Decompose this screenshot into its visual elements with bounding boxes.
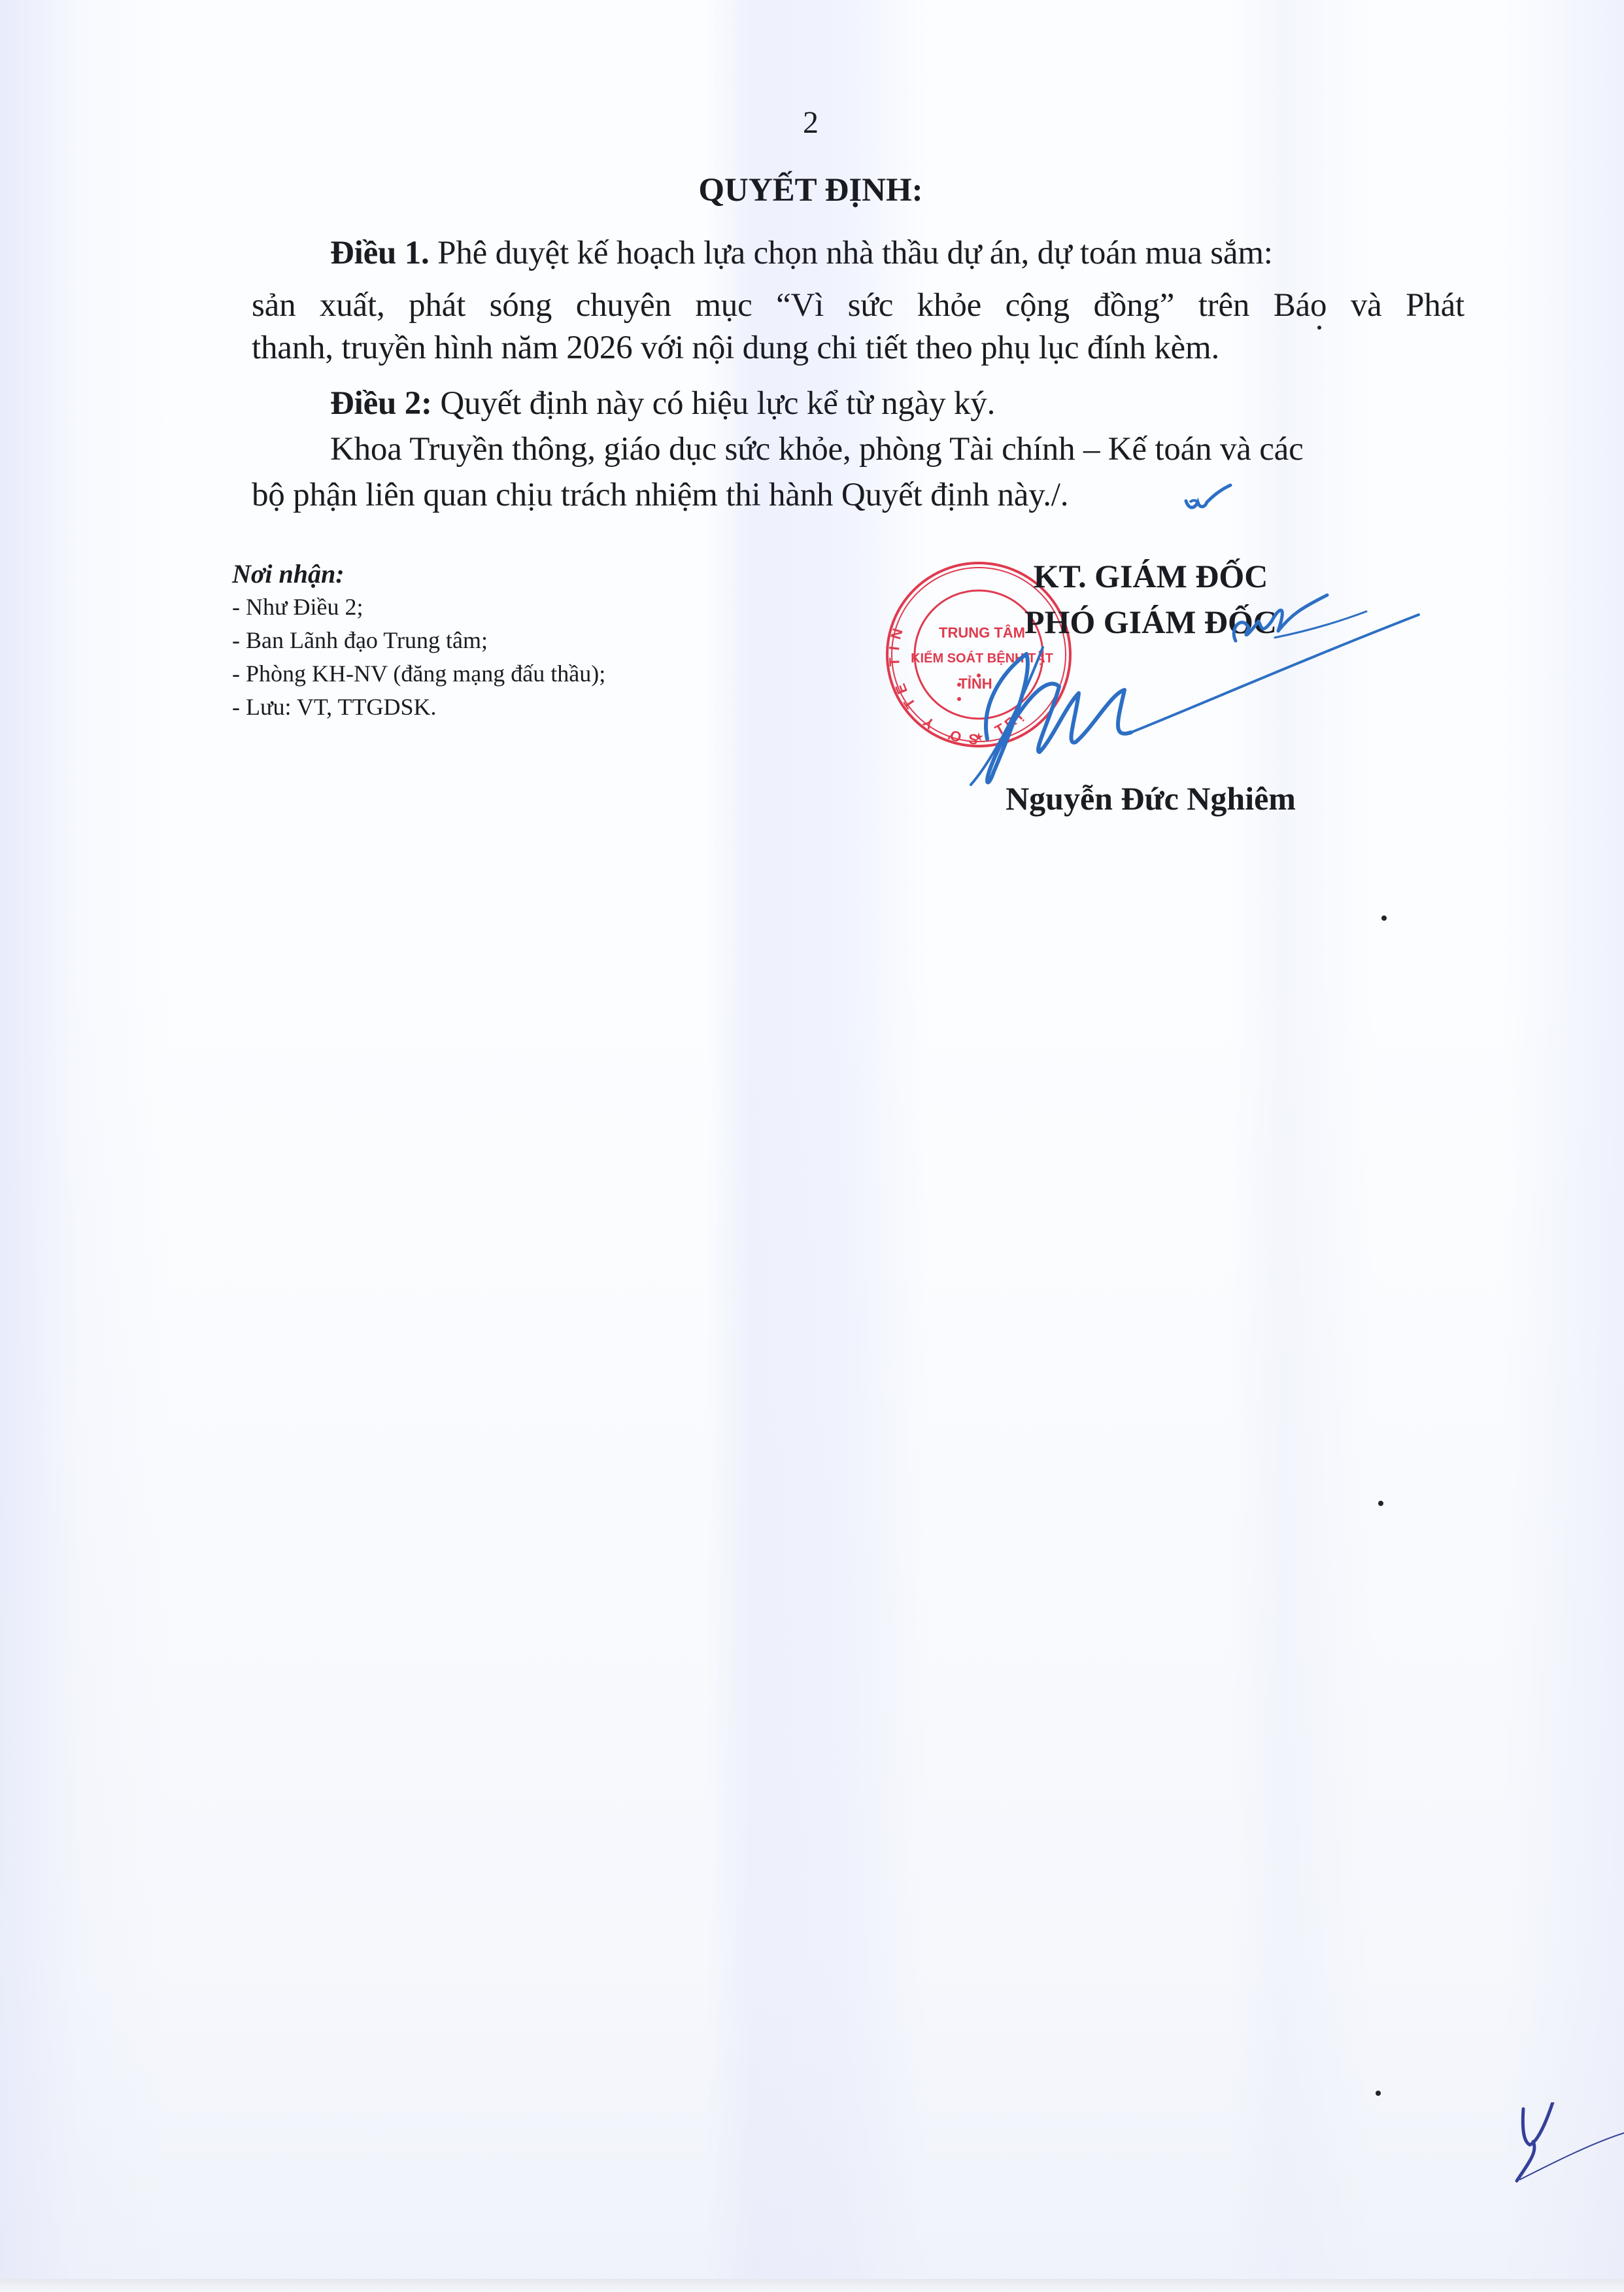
article-2: Điều 2: Quyết định này có hiệu lực kể từ… — [330, 385, 995, 422]
recipients-heading: Nơi nhận: — [232, 557, 605, 590]
article-2-label: Điều 2: — [330, 385, 432, 422]
execution-line-2: bộ phận liên quan chịu trách nhiệm thi h… — [252, 476, 1068, 514]
article-1-text: Phê duyệt kế hoạch lựa chọn nhà thầu dự … — [437, 235, 1273, 271]
article-1-line-2: sản xuất, phát sóng chuyên mục “Vì sức k… — [252, 286, 1464, 324]
page-number: 2 — [0, 105, 1624, 141]
page-initials — [1497, 2102, 1624, 2194]
scan-speck — [1378, 1501, 1383, 1506]
page-bottom-edge — [0, 2279, 1624, 2292]
recipient-item: - Lưu: VT, TTGDSK. — [232, 691, 605, 724]
scan-speck — [1381, 915, 1387, 921]
execution-line-1: Khoa Truyền thông, giáo dục sức khỏe, ph… — [330, 430, 1304, 468]
recipient-item: - Phòng KH-NV (đăng mạng đấu thầu); — [232, 657, 605, 691]
recipient-item: - Ban Lãnh đạo Trung tâm; — [232, 624, 605, 657]
article-1-label: Điều 1. — [330, 235, 430, 271]
article-1-line-3: thanh, truyền hình năm 2026 với nội dung… — [252, 329, 1219, 367]
recipients-block: Nơi nhận: - Như Điều 2; - Ban Lãnh đạo T… — [232, 557, 605, 724]
recipient-item: - Như Điều 2; — [232, 590, 605, 624]
article-2-text: Quyết định này có hiệu lực kể từ ngày ký… — [440, 385, 995, 422]
scan-shading — [0, 981, 1624, 2292]
initial-tick-mark — [1182, 483, 1234, 515]
handwritten-signature — [935, 575, 1458, 837]
scan-speck — [1376, 2091, 1381, 2096]
scan-speck — [1317, 326, 1321, 330]
decision-title: QUYẾT ĐỊNH: — [0, 171, 1624, 209]
article-1-first-line: Điều 1. Phê duyệt kế hoạch lựa chọn nhà … — [330, 234, 1273, 272]
